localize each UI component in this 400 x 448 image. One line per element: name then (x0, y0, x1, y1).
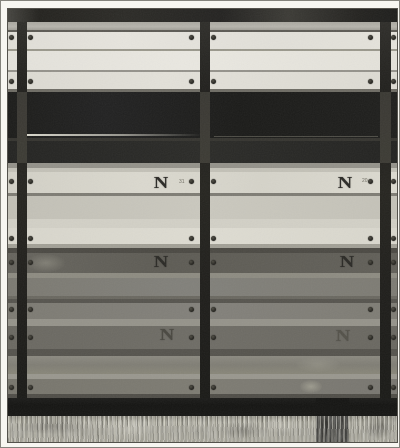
post-right (380, 22, 391, 398)
bolt (28, 236, 33, 241)
bolt (368, 236, 373, 241)
bolt (9, 35, 14, 40)
bolt (28, 179, 33, 184)
bolt (391, 260, 396, 265)
bolt (189, 307, 194, 312)
bolt (28, 35, 33, 40)
stencil-n-row2-left: N (149, 254, 173, 270)
grass-blades (8, 416, 397, 442)
post-center-dark-section-tone (200, 92, 210, 163)
bolt (28, 307, 33, 312)
bolt (189, 385, 194, 390)
bolt (189, 35, 194, 40)
bolt (368, 260, 373, 265)
worn-patch-right-lower (300, 380, 322, 393)
bolt (9, 335, 14, 340)
stencil-n-row3-left: N (155, 327, 179, 343)
stencil-number-row1-right: 20 (362, 178, 368, 184)
bolt (368, 385, 373, 390)
post-left-dark-section-tone (17, 92, 27, 163)
photo-frame: N 31 N 20 N N N N (0, 0, 400, 448)
scratch-line-right (214, 136, 378, 137)
bolt (391, 179, 396, 184)
band-top-rail (8, 9, 397, 22)
bolt (211, 236, 216, 241)
bolt (28, 79, 33, 84)
bolt (368, 307, 373, 312)
bolt (211, 385, 216, 390)
bolt (391, 307, 396, 312)
bolt (211, 79, 216, 84)
bolt (28, 260, 33, 265)
stencil-n-row1-right: N (333, 175, 357, 191)
bolt (9, 385, 14, 390)
bolt (28, 335, 33, 340)
bolt (391, 335, 396, 340)
bolt (189, 260, 194, 265)
worn-patch-right-upper (296, 357, 340, 372)
bolt (189, 179, 194, 184)
bolt (211, 335, 216, 340)
stencil-n-row1-left: N (149, 175, 173, 191)
test-fence-photo: N 31 N 20 N N N N (8, 9, 397, 442)
bolt (9, 236, 14, 241)
bolt (9, 260, 14, 265)
bolt (391, 385, 396, 390)
bolt (9, 79, 14, 84)
stencil-n-row3-right: N (331, 328, 355, 344)
bolt (391, 79, 396, 84)
bolt (391, 35, 396, 40)
stencil-number-row1-left: 31 (179, 179, 185, 185)
post-center (200, 22, 210, 398)
bolt (368, 35, 373, 40)
bolt (28, 385, 33, 390)
bolt (211, 260, 216, 265)
bolt (211, 35, 216, 40)
bolt (189, 236, 194, 241)
bolt (368, 79, 373, 84)
bolt (9, 179, 14, 184)
bolt (211, 179, 216, 184)
bolt (368, 179, 373, 184)
bolt (189, 335, 194, 340)
post-left (17, 22, 27, 398)
bolt (391, 236, 396, 241)
post-right-dark-section-tone (380, 92, 391, 163)
scratch-line-left (26, 134, 202, 136)
bolt (189, 79, 194, 84)
bolt (9, 307, 14, 312)
bolt (368, 335, 373, 340)
stencil-n-row2-right: N (335, 254, 359, 270)
bolt (211, 307, 216, 312)
